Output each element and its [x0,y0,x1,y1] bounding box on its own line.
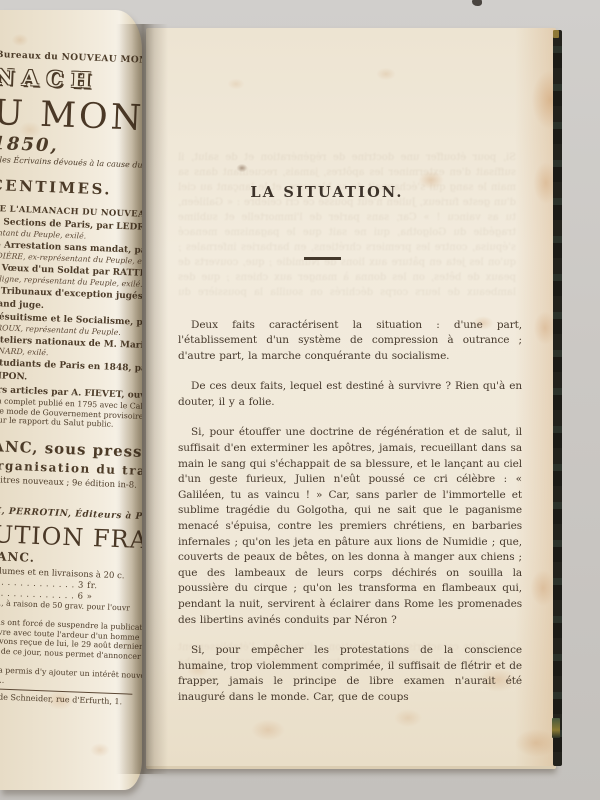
page-title: LA SITUATION. [178,184,522,201]
binding-marbled-corner [552,718,560,738]
paragraph: Si, pour étouffer une doctrine de régéné… [178,425,522,628]
left-page-line: Imp. de Schneider, rue d'Erfurth, 1. [0,688,132,708]
book-photo: Si, pour étouffer une doctrine de régéné… [0,0,600,800]
paragraph: Deux faits caractérisent la situation : … [178,318,522,365]
paragraph: Si, pour empêcher les protestations de l… [178,643,522,705]
right-page: Si, pour étouffer une doctrine de régéné… [146,28,556,769]
section-divider [304,257,341,260]
body-text: Deux faits caractérisent la situation : … [178,318,522,706]
photo-speck [472,0,482,6]
paragraph: De ces deux faits, lequel est destiné à … [178,379,522,410]
book-binding-edge [553,30,562,766]
page-content: LA SITUATION. Deux faits caractérisent l… [178,28,522,721]
left-page-line: CENTIMES. [0,176,142,204]
left-page: Bureaux du NOUVEAU MONDE.NACHU MONDE1850… [0,10,142,790]
left-page-text: Bureaux du NOUVEAU MONDE.NACHU MONDE1850… [0,50,142,711]
binding-corner-glint [553,30,559,38]
